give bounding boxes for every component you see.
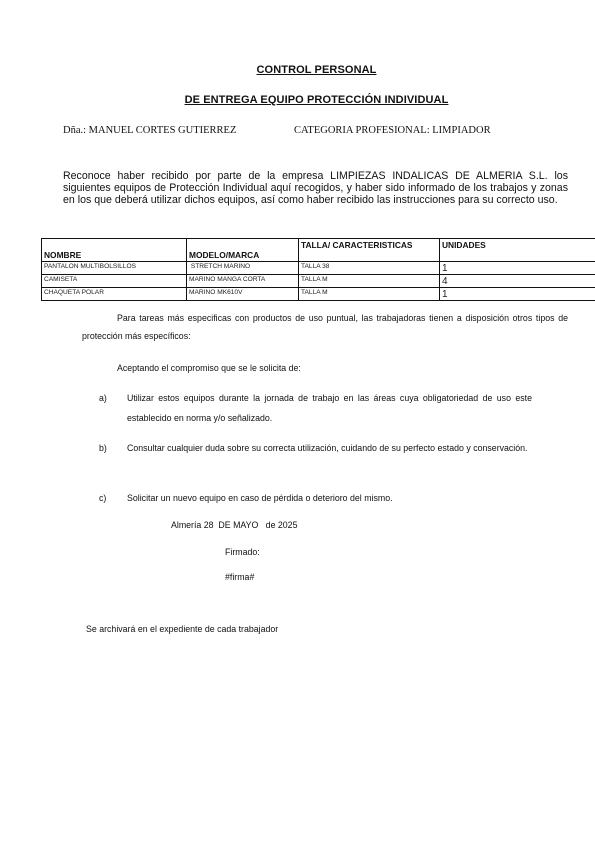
table-row: PANTALON MULTIBOLSILLOS STRETCH MARINO T…: [42, 262, 595, 275]
item-letter: c): [99, 489, 106, 509]
item-letter: a): [99, 389, 107, 409]
cell-name: PANTALON MULTIBOLSILLOS: [42, 262, 187, 275]
cell-size: TALLA M: [299, 288, 440, 301]
table-header-row: NOMBRE MODELO/MARCA TALLA/ CARACTERISTIC…: [42, 239, 595, 262]
cell-size: TALLA 38: [299, 262, 440, 275]
commitment-intro: Aceptando el compromiso que se le solici…: [117, 360, 301, 378]
ppe-table: NOMBRE MODELO/MARCA TALLA/ CARACTERISTIC…: [41, 238, 595, 301]
table-row: CHAQUETA POLAR MARINO MK610V TALLA M 1: [42, 288, 595, 301]
archive-note: Se archivará en el expediente de cada tr…: [86, 624, 278, 634]
commitment-item-c: c) Solicitar un nuevo equipo en caso de …: [99, 489, 569, 509]
cell-name: CAMISETA: [42, 275, 187, 288]
cell-units: 1: [440, 262, 595, 275]
header-model: MODELO/MARCA: [187, 239, 299, 262]
document-title: CONTROL PERSONAL: [19, 64, 595, 76]
cell-model: STRETCH MARINO: [187, 262, 299, 275]
date-line: Almería 28 DE MAYO de 2025: [171, 520, 297, 530]
cell-units: 4: [440, 275, 595, 288]
intro-paragraph: Reconoce haber recibido por parte de la …: [63, 170, 568, 207]
item-text: Utilizar estos equipos durante la jornad…: [127, 389, 532, 428]
header-size: TALLA/ CARACTERISTICAS: [299, 239, 440, 262]
cell-name: CHAQUETA POLAR: [42, 288, 187, 301]
table-row: CAMISETA MARINO MANGA CORTA TALLA M 4: [42, 275, 595, 288]
cell-size: TALLA M: [299, 275, 440, 288]
header-units: UNIDADES: [440, 239, 595, 262]
specific-protection-paragraph: Para tareas más especificas con producto…: [82, 310, 568, 345]
commitment-item-a: a) Utilizar estos equipos durante la jor…: [99, 389, 569, 428]
signature-placeholder: #firma#: [225, 572, 254, 582]
commitment-item-b: b) Consultar cualquier duda sobre su cor…: [99, 439, 569, 459]
header-name: NOMBRE: [42, 239, 187, 262]
item-text: Consultar cualquier duda sobre su correc…: [127, 439, 532, 459]
item-letter: b): [99, 439, 107, 459]
cell-model: MARINO MK610V: [187, 288, 299, 301]
cell-model: MARINO MANGA CORTA: [187, 275, 299, 288]
document-subtitle: DE ENTREGA EQUIPO PROTECCIÓN INDIVIDUAL: [19, 94, 595, 106]
specific-protection-text: Para tareas más especificas con producto…: [82, 313, 568, 341]
worker-name: Dña.: MANUEL CORTES GUTIERREZ: [63, 125, 236, 136]
signed-label: Firmado:: [225, 547, 260, 557]
item-text: Solicitar un nuevo equipo en caso de pér…: [127, 489, 532, 509]
professional-category: CATEGORIA PROFESIONAL: LIMPIADOR: [294, 125, 491, 136]
cell-units: 1: [440, 288, 595, 301]
